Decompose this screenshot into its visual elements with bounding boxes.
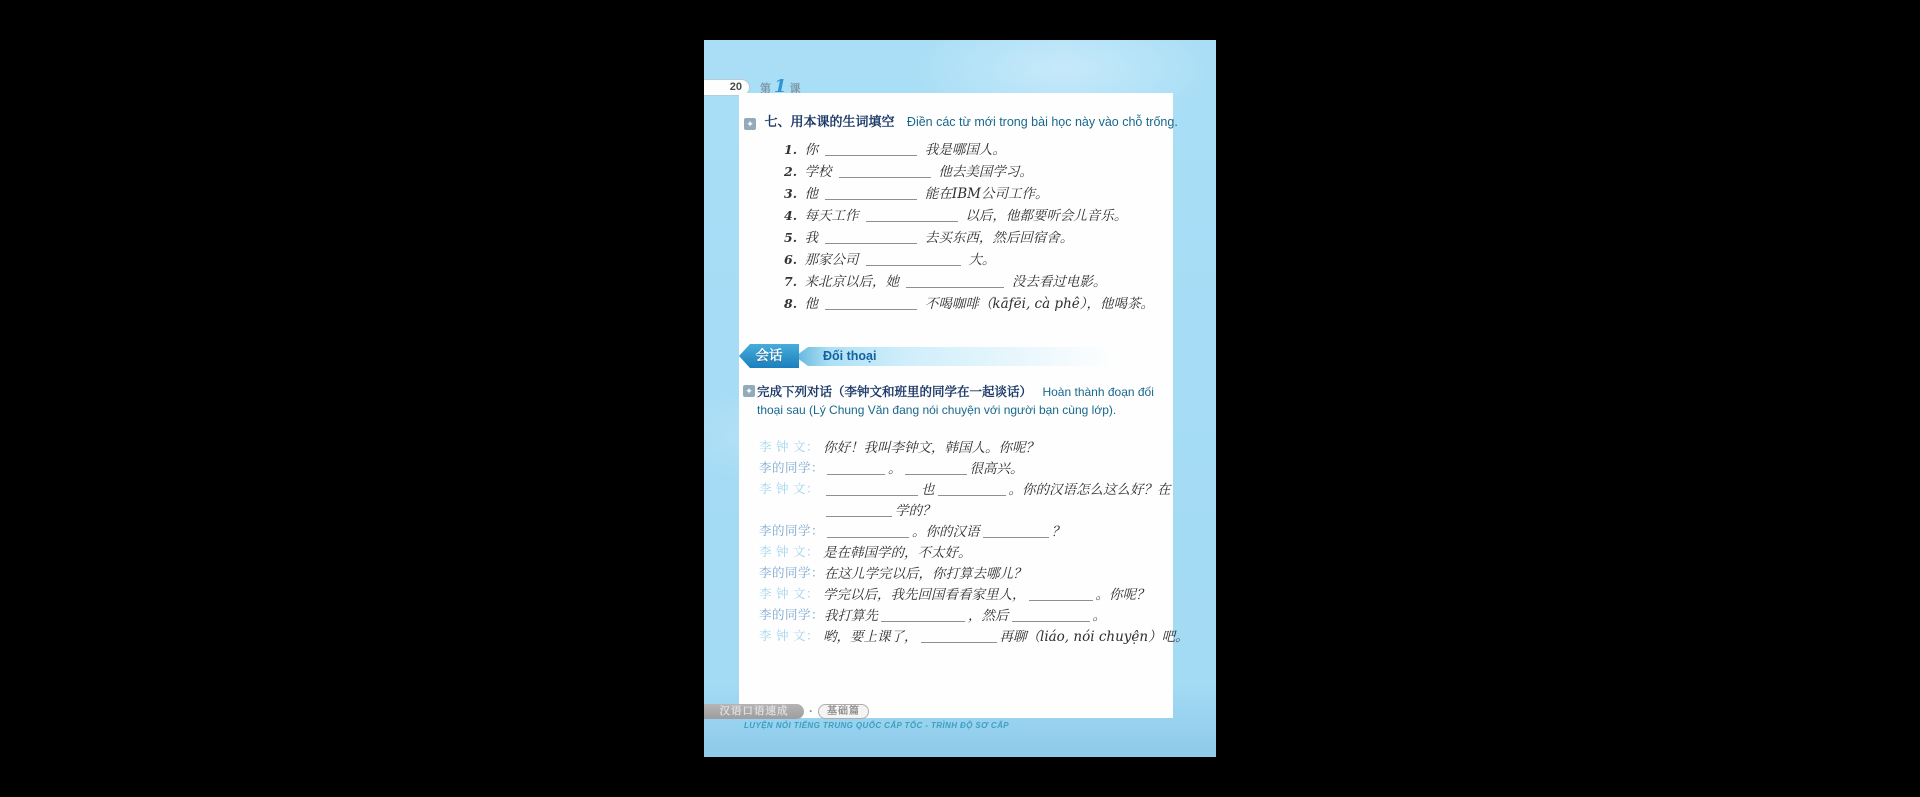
dialogue-line: 学的？: [759, 500, 1164, 521]
dialogue-text-segment: 再聊（liáo, nói chuyện）吧。: [1000, 629, 1189, 645]
volume-badge: 基础篇: [818, 704, 869, 719]
exercise-item: 1. 你 我是哪国人。: [784, 139, 1164, 161]
item-text-post: 以后，他都要听会儿音乐。: [965, 208, 1127, 224]
item-number: 4.: [784, 208, 797, 223]
fill-in-blank: [938, 483, 1006, 496]
dialogue-heading: ✦ 完成下列对话（李钟文和班里的同学在一起谈话） Hoàn thành đoạn…: [757, 383, 1157, 419]
exercise-item: 7. 来北京以后，她 没去看过电影。: [784, 271, 1164, 293]
dialogue-line: 李的同学： 。你的汉语？: [759, 521, 1164, 542]
exercise7-list: 1. 你 我是哪国人。 2. 学校 他去美国学习。 3. 他 能在IBM公司工作…: [784, 139, 1164, 315]
fill-in-blank: [826, 504, 892, 517]
dialogue-text: 学的？: [823, 500, 1164, 521]
exercise7-heading: ✦ 七、用本课的生词填空 Điền các từ mới trong bài h…: [744, 111, 1164, 131]
dialogue-text: 。很高兴。: [824, 458, 1164, 479]
item-number: 6.: [784, 252, 797, 267]
speaker-name: 李的同学：: [759, 563, 824, 584]
exercise-item: 8. 他 不喝咖啡（kāfēi, cà phê），他喝茶。: [784, 293, 1164, 315]
dialogue-text: 哟，要上课了，再聊（liáo, nói chuyện）吧。: [823, 626, 1189, 647]
dialogue-text: 是在韩国学的，不太好。: [823, 542, 1164, 563]
item-text-pre: 我: [805, 230, 819, 246]
item-number: 2.: [784, 164, 797, 179]
dialogue-text-segment: 。你的汉语怎么这么好？在: [1009, 482, 1171, 498]
item-text-post: 他去美国学习。: [938, 164, 1033, 180]
dialogue-text-segment: 也: [921, 482, 935, 498]
page-footer: 汉语口语速成 · 基础篇: [704, 703, 869, 719]
dialogue-text: 。你的汉语？: [824, 521, 1164, 542]
fill-in-blank: [1029, 588, 1093, 601]
dialogue-text-segment: 是在韩国学的，不太好。: [823, 545, 972, 561]
dialogue-line: 李 钟 文： 哟，要上课了，再聊（liáo, nói chuyện）吧。: [759, 626, 1164, 647]
dialogue-text-segment: 学完以后，我先回国看看家里人，: [823, 587, 1026, 603]
dialogue-line: 李的同学： 在这儿学完以后，你打算去哪儿？: [759, 563, 1164, 584]
dialogue-text-segment: 你好！我叫李钟文，韩国人。你呢？: [823, 440, 1039, 456]
item-text-post: 没去看过电影。: [1012, 274, 1107, 290]
fill-in-blank: [825, 187, 917, 200]
item-text-pre: 他: [805, 186, 819, 202]
content-area: ✦ 七、用本课的生词填空 Điền các từ mới trong bài h…: [739, 93, 1173, 718]
speaker-name: 李 钟 文：: [759, 542, 823, 563]
item-number: 5.: [784, 230, 797, 245]
dialogue-text-segment: 学的？: [895, 503, 936, 519]
page-number: 20: [730, 81, 742, 93]
item-text-pre: 那家公司: [805, 252, 859, 268]
dialogue-line: 李 钟 文： 是在韩国学的，不太好。: [759, 542, 1164, 563]
exercise-item: 5. 我 去买东西，然后回宿舍。: [784, 227, 1164, 249]
series-subtitle-vi: LUYỆN NÓI TIẾNG TRUNG QUỐC CẤP TỐC - TRÌ…: [744, 721, 1009, 730]
exercise-marker-icon: ✦: [743, 385, 755, 397]
exercise-item: 4. 每天工作 以后，他都要听会儿音乐。: [784, 205, 1164, 227]
fill-in-blank: [839, 165, 931, 178]
dialogue-line: 李 钟 文： 学完以后，我先回国看看家里人，。你呢？: [759, 584, 1164, 605]
item-text-pre: 来北京以后，她: [805, 274, 900, 290]
fill-in-blank: [825, 231, 917, 244]
fill-in-blank: [881, 609, 965, 622]
item-text-pre: 学校: [805, 164, 832, 180]
dialogue-title-zh: 完成下列对话（李钟文和班里的同学在一起谈话）: [757, 385, 1032, 399]
dialogue-text-segment: 在这儿学完以后，你打算去哪儿？: [824, 566, 1027, 582]
speaker-name: 李 钟 文：: [759, 626, 823, 647]
fill-in-blank: [1012, 609, 1090, 622]
dialogue-text: 也。你的汉语怎么这么好？在: [823, 479, 1171, 500]
exercise7-title-zh: 七、用本课的生词填空: [764, 114, 894, 129]
dialogue-text-segment: 。: [1093, 608, 1107, 624]
dialogue-text-segment: ？: [1052, 524, 1066, 540]
dialogue-line: 李的同学： 。很高兴。: [759, 458, 1164, 479]
exercise-item: 2. 学校 他去美国学习。: [784, 161, 1164, 183]
item-number: 3.: [784, 186, 797, 201]
dialogue-text-segment: ，然后: [968, 608, 1009, 624]
item-text-post: 不喝咖啡（kāfēi, cà phê），他喝茶。: [925, 296, 1154, 312]
textbook-page: 20 第1课 ✦ 七、用本课的生词填空 Điền các từ mới tron…: [704, 40, 1216, 757]
exercise7-title-vi: Điền các từ mới trong bài học này vào ch…: [907, 115, 1178, 129]
exercise-item: 6. 那家公司 大。: [784, 249, 1164, 271]
speaker-name: [759, 500, 823, 521]
banner-ribbon: 会话: [739, 344, 799, 368]
viewer-background: 20 第1课 ✦ 七、用本课的生词填空 Điền các từ mới tron…: [0, 0, 1920, 797]
dialogue-text: 学完以后，我先回国看看家里人，。你呢？: [823, 584, 1164, 605]
speaker-name: 李的同学：: [759, 605, 824, 626]
dialogue-text-segment: 我打算先: [824, 608, 878, 624]
fill-in-blank: [906, 275, 1004, 288]
fill-in-blank: [866, 209, 958, 222]
dialogue-line: 李 钟 文： 你好！我叫李钟文，韩国人。你呢？: [759, 437, 1164, 458]
fill-in-blank: [827, 525, 909, 538]
fill-in-blank: [825, 143, 917, 156]
fill-in-blank: [905, 462, 967, 475]
speaker-name: 李 钟 文：: [759, 584, 823, 605]
exercise-item: 3. 他 能在IBM公司工作。: [784, 183, 1164, 205]
dialogue-text-segment: 哟，要上课了，: [823, 629, 918, 645]
speaker-name: 李 钟 文：: [759, 479, 823, 500]
item-number: 7.: [784, 274, 797, 289]
fill-in-blank: [921, 630, 997, 643]
fill-in-blank: [826, 483, 918, 496]
dialogue-text-segment: 。你呢？: [1096, 587, 1150, 603]
item-text-post: 能在IBM公司工作。: [925, 186, 1049, 202]
item-text-pre: 你: [805, 142, 819, 158]
item-text-post: 大。: [968, 252, 995, 268]
dialogue-text: 我打算先，然后。: [824, 605, 1164, 626]
item-text-pre: 他: [805, 296, 819, 312]
item-text-pre: 每天工作: [805, 208, 859, 224]
item-number: 8.: [784, 296, 797, 311]
fill-in-blank: [825, 297, 917, 310]
fill-in-blank: [866, 253, 961, 266]
speaker-name: 李的同学：: [759, 521, 824, 542]
dialogue-text: 在这儿学完以后，你打算去哪儿？: [824, 563, 1164, 584]
dialogue-line: 李的同学： 我打算先，然后。: [759, 605, 1164, 626]
dialogue-text-segment: 。你的汉语: [912, 524, 980, 540]
item-text-post: 去买东西，然后回宿舍。: [925, 230, 1074, 246]
speaker-name: 李的同学：: [759, 458, 824, 479]
fill-in-blank: [827, 462, 885, 475]
item-number: 1.: [784, 142, 797, 157]
footer-dot: ·: [809, 704, 813, 718]
speaker-name: 李 钟 文：: [759, 437, 823, 458]
banner-title-zh: 会话: [756, 348, 783, 363]
item-text-post: 我是哪国人。: [925, 142, 1006, 158]
fill-in-blank: [983, 525, 1049, 538]
exercise-marker-icon: ✦: [744, 118, 756, 130]
dialogue-text-segment: 。: [888, 461, 902, 477]
dialogue-text-segment: 很高兴。: [970, 461, 1024, 477]
section-banner: 会话 Đối thoại: [739, 344, 1159, 368]
series-title-badge: 汉语口语速成: [704, 704, 804, 719]
dialogue-text: 你好！我叫李钟文，韩国人。你呢？: [823, 437, 1164, 458]
dialogue-line: 李 钟 文： 也。你的汉语怎么这么好？在: [759, 479, 1164, 500]
dialogue-list: 李 钟 文： 你好！我叫李钟文，韩国人。你呢？ 李的同学： 。很高兴。 李 钟 …: [759, 437, 1164, 647]
banner-title-vi: Đối thoại: [823, 344, 876, 369]
